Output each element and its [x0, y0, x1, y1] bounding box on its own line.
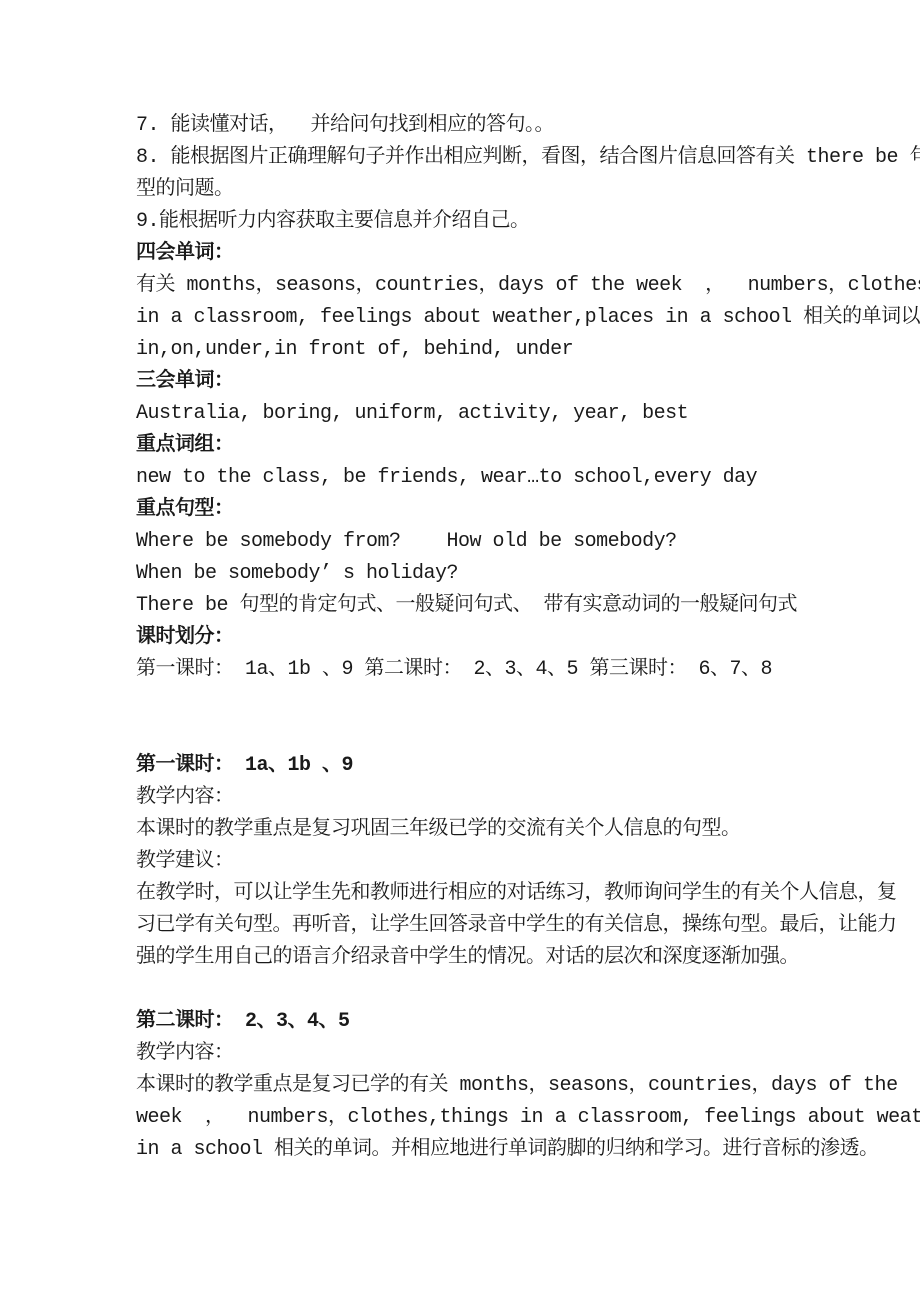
- doc-line-lesson1-advice-2: 习已学有关句型。再听音，让学生回答录音中学生的有关信息，操练句型。最后，让能力: [136, 910, 801, 942]
- heading-four-skill-words: 四会单词：: [136, 238, 801, 270]
- doc-line-sentence-3: There be 句型的肯定句式、一般疑问句式、 带有实意动词的一般疑问句式: [136, 590, 801, 622]
- document-page: 7. 能读懂对话， 并给问句找到相应的答句。。 8. 能根据图片正确理解句子并作…: [0, 0, 920, 1302]
- doc-line-lesson2-content-3: in a school 相关的单词。并相应地进行单词韵脚的归纳和学习。进行音标的…: [136, 1134, 801, 1166]
- blank-line: [136, 686, 801, 718]
- heading-key-sentences: 重点句型：: [136, 494, 801, 526]
- doc-line-word-list-1: 有关 months，seasons，countries，days of the …: [136, 270, 801, 302]
- doc-line-sentence-1: Where be somebody from? How old be someb…: [136, 526, 801, 558]
- doc-line-lesson-division: 第一课时： 1a、1b 、9 第二课时： 2、3、4、5 第三课时： 6、7、8: [136, 654, 801, 686]
- doc-line-item-8: 8. 能根据图片正确理解句子并作出相应判断，看图，结合图片信息回答有关 ther…: [136, 142, 801, 174]
- heading-lesson-division: 课时划分：: [136, 622, 801, 654]
- heading-key-phrases: 重点词组：: [136, 430, 801, 462]
- doc-line-item-7: 7. 能读懂对话， 并给问句找到相应的答句。。: [136, 110, 801, 142]
- heading-lesson-1: 第一课时： 1a、1b 、9: [136, 750, 801, 782]
- doc-line-lesson1-content-label: 教学内容：: [136, 782, 801, 814]
- doc-line-lesson1-advice-label: 教学建议：: [136, 846, 801, 878]
- doc-line-word-list-3: in,on,under,in front of, behind, under: [136, 334, 801, 366]
- doc-line-lesson2-content-2: week ， numbers，clothes,things in a class…: [136, 1102, 801, 1134]
- blank-line: [136, 974, 801, 1006]
- doc-line-key-phrases: new to the class, be friends, wear…to sc…: [136, 462, 801, 494]
- doc-line-lesson1-advice-1: 在教学时，可以让学生先和教师进行相应的对话练习，教师询问学生的有关个人信息，复: [136, 878, 801, 910]
- doc-line-lesson1-content: 本课时的教学重点是复习巩固三年级已学的交流有关个人信息的句型。: [136, 814, 801, 846]
- heading-three-skill-words: 三会单词：: [136, 366, 801, 398]
- doc-line-item-9: 9.能根据听力内容获取主要信息并介绍自己。: [136, 206, 801, 238]
- doc-line-three-skill-list: Australia, boring, uniform, activity, ye…: [136, 398, 801, 430]
- doc-line-lesson2-content-label: 教学内容：: [136, 1038, 801, 1070]
- document-body: 7. 能读懂对话， 并给问句找到相应的答句。。 8. 能根据图片正确理解句子并作…: [136, 110, 801, 1166]
- doc-line-sentence-2: When be somebody’ s holiday?: [136, 558, 801, 590]
- doc-line-lesson1-advice-3: 强的学生用自己的语言介绍录音中学生的情况。对话的层次和深度逐渐加强。: [136, 942, 801, 974]
- doc-line-lesson2-content-1: 本课时的教学重点是复习已学的有关 months，seasons，countrie…: [136, 1070, 801, 1102]
- heading-lesson-2: 第二课时： 2、3、4、5: [136, 1006, 801, 1038]
- doc-line-word-list-2: in a classroom, feelings about weather,p…: [136, 302, 801, 334]
- blank-line: [136, 718, 801, 750]
- doc-line-item-8-cont: 型的问题。: [136, 174, 801, 206]
